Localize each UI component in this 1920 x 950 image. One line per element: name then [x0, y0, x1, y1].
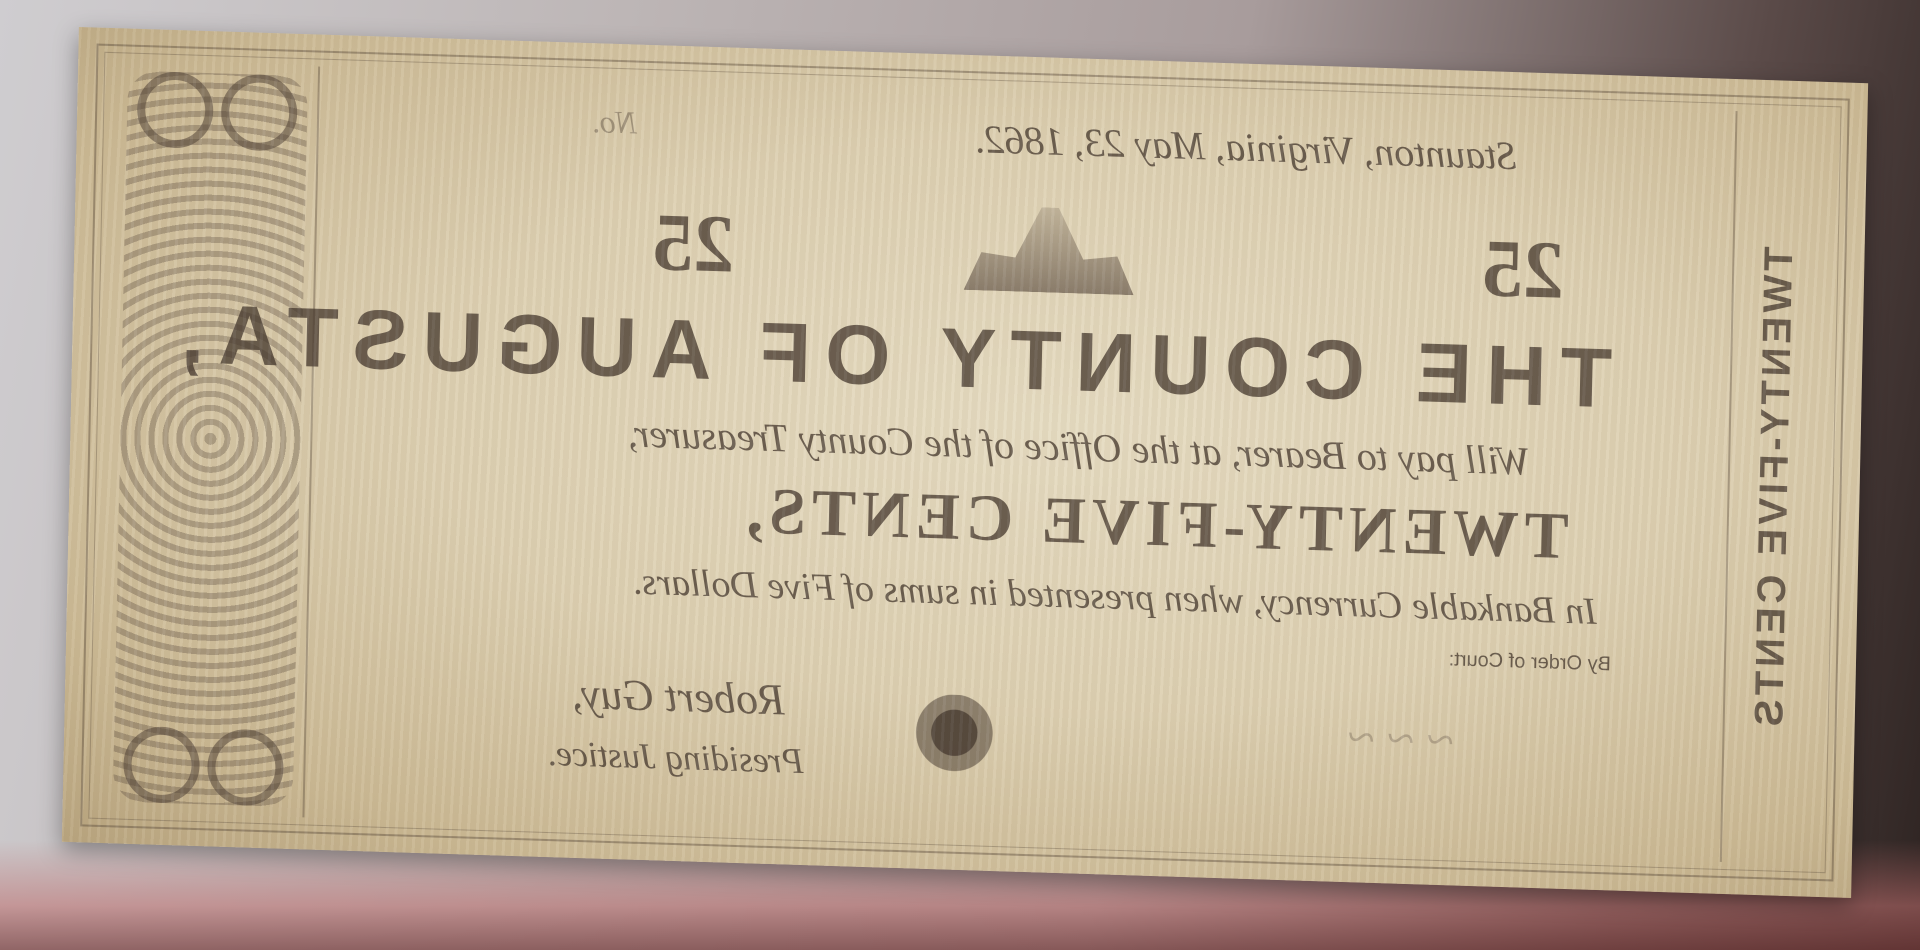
mirrored-print: TWENTY-FIVE CENTS No. Staunton, Virginia…: [62, 27, 1868, 898]
justice-title: Presiding Justice.: [547, 732, 804, 782]
justice-signature: Robert Guy,: [572, 668, 786, 726]
banknote: TWENTY-FIVE CENTS No. Staunton, Virginia…: [62, 27, 1868, 898]
serial-number: No.: [591, 103, 637, 141]
ornament-scrollwork: [113, 71, 308, 807]
left-denomination-band: TWENTY-FIVE CENTS: [1720, 111, 1828, 865]
seal-emblem-icon: [903, 693, 1005, 791]
right-ornament-band: [103, 60, 321, 817]
denomination-left: 25: [1481, 221, 1565, 318]
treasurer-signature: ~ ~ ~: [1348, 707, 1455, 768]
side-text: TWENTY-FIVE CENTS: [1747, 246, 1802, 731]
denomination-right: 25: [652, 195, 736, 292]
